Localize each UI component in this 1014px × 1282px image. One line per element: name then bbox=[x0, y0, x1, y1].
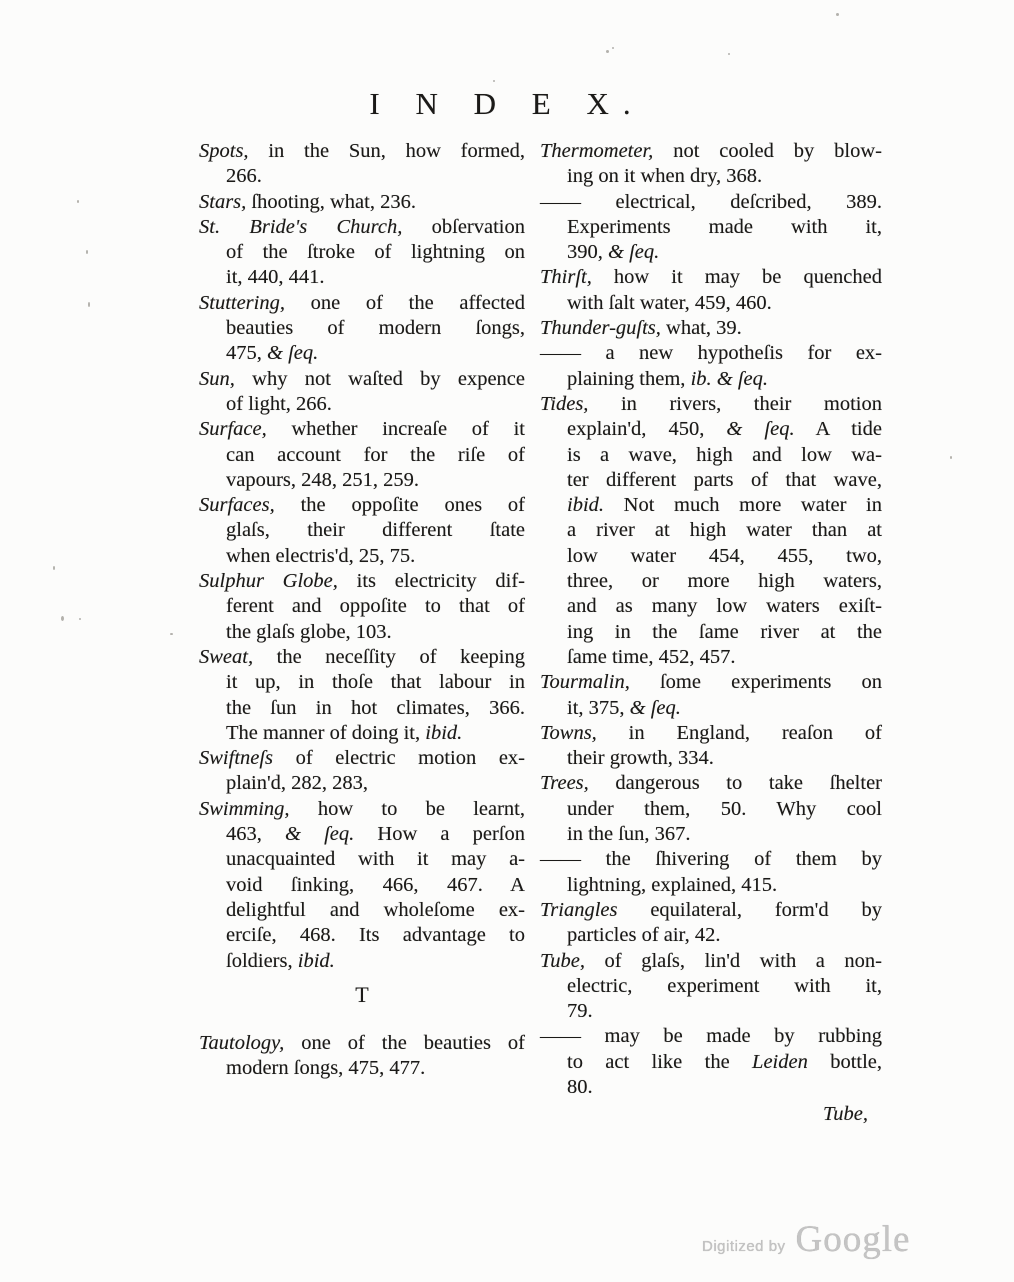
index-entry-line: Thirſt, how it may be quenched bbox=[540, 265, 882, 290]
italic-ref: & ſeq. bbox=[285, 823, 354, 845]
entry-text: ter different parts of that wave, bbox=[567, 469, 882, 491]
index-entry-line: particles of air, 42. bbox=[567, 923, 882, 948]
index-entry-line: the ſun in hot climates, 366. bbox=[226, 696, 525, 721]
index-entry-line: ing on it when dry, 368. bbox=[567, 164, 882, 189]
entry-text: —— the ſhivering of them by bbox=[540, 848, 882, 870]
entry-text: its electricity dif- bbox=[338, 570, 525, 592]
entry-text: low water 454, 455, two, bbox=[567, 545, 882, 567]
entry-text: one of the beauties of bbox=[284, 1032, 525, 1054]
scan-speck bbox=[950, 456, 952, 459]
entry-headword: Tautology, bbox=[199, 1032, 284, 1054]
entry-text: Not much more water in bbox=[604, 494, 882, 516]
entry-text: the glaſs globe, 103. bbox=[226, 621, 392, 643]
entry-text: explain'd, 450, bbox=[567, 418, 726, 440]
index-entry-line: Stuttering, one of the affected bbox=[199, 291, 525, 316]
entry-text: A tide bbox=[795, 418, 882, 440]
index-entry-line: Surfaces, the oppoſite ones of bbox=[199, 493, 525, 518]
index-entry-line: 266. bbox=[226, 164, 525, 189]
entry-headword: Tourmalin, bbox=[540, 671, 630, 693]
index-entry-line: Tautology, one of the beauties of bbox=[199, 1031, 525, 1056]
entry-headword: St. Bride's Church, bbox=[199, 216, 402, 238]
entry-text: ing on it when dry, 368. bbox=[567, 165, 762, 187]
entry-text: when electris'd, 25, 75. bbox=[226, 545, 415, 567]
entry-text: of glaſs, lin'd with a non- bbox=[585, 950, 882, 972]
index-entry-line: ing in the ſame river at the bbox=[567, 620, 882, 645]
page-title: I N D E X. bbox=[0, 86, 1014, 122]
index-entry-line: it, 375, & ſeq. bbox=[567, 696, 882, 721]
entry-text: with ſalt water, 459, 460. bbox=[567, 292, 772, 314]
index-entry-line: ſame time, 452, 457. bbox=[567, 645, 882, 670]
entry-text: 266. bbox=[226, 165, 262, 187]
index-entry-line: Tides, in rivers, their motion bbox=[540, 392, 882, 417]
entry-text: ferent and oppoſite to that of bbox=[226, 595, 525, 617]
entry-text: ſome experiments on bbox=[630, 671, 882, 693]
entry-text: the ſun in hot climates, 366. bbox=[226, 697, 525, 719]
entry-text: it, 440, 441. bbox=[226, 266, 325, 288]
entry-text: 79. bbox=[567, 1000, 593, 1022]
entry-headword: Tides, bbox=[540, 393, 588, 415]
scan-speck bbox=[728, 53, 730, 55]
entry-text: in England, reaſon of bbox=[597, 722, 882, 744]
entry-text: in rivers, their motion bbox=[588, 393, 882, 415]
entry-headword: Swimming, bbox=[199, 798, 290, 820]
index-entry-line: 463, & ſeq. How a perſon bbox=[226, 822, 525, 847]
italic-ref: Tube, bbox=[823, 1103, 868, 1125]
entry-text: —— a new hypotheſis for ex- bbox=[540, 342, 882, 364]
entry-text: Experiments made with it, bbox=[567, 216, 882, 238]
index-entry-line: modern ſongs, 475, 477. bbox=[226, 1056, 525, 1081]
index-entry-line: Triangles equilateral, form'd by bbox=[540, 898, 882, 923]
index-entry-line: Stars, ſhooting, what, 236. bbox=[199, 190, 525, 215]
google-watermark: Digitized by Google bbox=[702, 1218, 910, 1261]
entry-text: erciſe, 468. Its advantage to bbox=[226, 924, 525, 946]
entry-text: of electric motion ex- bbox=[273, 747, 525, 769]
scan-speck bbox=[606, 50, 609, 53]
entry-text: is a wave, high and low wa- bbox=[567, 444, 882, 466]
index-entry-line: with ſalt water, 459, 460. bbox=[567, 291, 882, 316]
index-entry-line: 80. bbox=[567, 1075, 882, 1100]
index-entry-line: Spots, in the Sun, how formed, bbox=[199, 139, 525, 164]
entry-text: under them, 50. Why cool bbox=[567, 798, 882, 820]
index-entry-line: ferent and oppoſite to that of bbox=[226, 594, 525, 619]
index-entry-line: Tourmalin, ſome experiments on bbox=[540, 670, 882, 695]
index-entry-line: Sweat, the neceſſity of keeping bbox=[199, 645, 525, 670]
italic-ref: ibid. bbox=[567, 494, 604, 516]
index-entry-line: ſoldiers, ibid. bbox=[226, 949, 525, 974]
entry-text: particles of air, 42. bbox=[567, 924, 720, 946]
entry-headword: Surface, bbox=[199, 418, 267, 440]
entry-text: modern ſongs, 475, 477. bbox=[226, 1057, 425, 1079]
scan-speck bbox=[836, 13, 839, 16]
index-entry-line: of light, 266. bbox=[226, 392, 525, 417]
index-entry-line: Experiments made with it, bbox=[567, 215, 882, 240]
entry-text: equilateral, form'd by bbox=[617, 899, 882, 921]
entry-text: why not waſted by expence bbox=[235, 368, 525, 390]
catchword: Tube, bbox=[540, 1102, 882, 1127]
index-entry-line: a river at high water than at bbox=[567, 518, 882, 543]
index-entry-line: ter different parts of that wave, bbox=[567, 468, 882, 493]
scan-speck bbox=[612, 47, 614, 49]
entry-headword: Tube, bbox=[540, 950, 585, 972]
entry-headword: Thermometer, bbox=[540, 140, 653, 162]
scan-speck bbox=[493, 80, 495, 82]
index-entry-line: —— a new hypotheſis for ex- bbox=[540, 341, 882, 366]
index-entry-line: Swiftneſs of electric motion ex- bbox=[199, 746, 525, 771]
index-entry-line: 79. bbox=[567, 999, 882, 1024]
index-entry-line: when electris'd, 25, 75. bbox=[226, 544, 525, 569]
entry-text: unacquainted with it may a- bbox=[226, 848, 525, 870]
index-entry-line: ibid. Not much more water in bbox=[567, 493, 882, 518]
index-entry-line: Tube, of glaſs, lin'd with a non- bbox=[540, 949, 882, 974]
index-column-left: Spots, in the Sun, how formed,266.Stars,… bbox=[199, 139, 525, 1082]
entry-text: How a perſon bbox=[354, 823, 525, 845]
entry-text: of light, 266. bbox=[226, 393, 332, 415]
index-entry-line: —— the ſhivering of them by bbox=[540, 847, 882, 872]
index-entry-line: Thunder-guſts, what, 39. bbox=[540, 316, 882, 341]
entry-headword: Towns, bbox=[540, 722, 597, 744]
entry-text: it, 375, bbox=[567, 697, 630, 719]
entry-text: it up, in thoſe that labour in bbox=[226, 671, 525, 693]
entry-text: beauties of modern ſongs, bbox=[226, 317, 525, 339]
entry-text: ing in the ſame river at the bbox=[567, 621, 882, 643]
index-entry-line: erciſe, 468. Its advantage to bbox=[226, 923, 525, 948]
index-entry-line: —— may be made by rubbing bbox=[540, 1024, 882, 1049]
index-entry-line: plaining them, ib. & ſeq. bbox=[567, 367, 882, 392]
entry-text: 463, bbox=[226, 823, 285, 845]
index-entry-line: delightful and wholeſome ex- bbox=[226, 898, 525, 923]
entry-headword: Swiftneſs bbox=[199, 747, 273, 769]
index-entry-line: explain'd, 450, & ſeq. A tide bbox=[567, 417, 882, 442]
entry-text: a river at high water than at bbox=[567, 519, 882, 541]
italic-ref: & ſeq. bbox=[267, 342, 318, 364]
index-entry-line: the glaſs globe, 103. bbox=[226, 620, 525, 645]
index-entry-line: —— electrical, deſcribed, 389. bbox=[540, 190, 882, 215]
scan-speck bbox=[86, 250, 88, 254]
entry-headword: Sun, bbox=[199, 368, 235, 390]
index-entry-line: The manner of doing it, ibid. bbox=[226, 721, 525, 746]
digitized-by-text: Digitized by bbox=[702, 1238, 786, 1255]
entry-text: ſhooting, what, 236. bbox=[246, 191, 416, 213]
scan-speck bbox=[170, 633, 173, 635]
entry-text: 80. bbox=[567, 1076, 593, 1098]
italic-ref: Leiden bbox=[752, 1051, 808, 1073]
entry-text: how it may be quenched bbox=[592, 266, 882, 288]
index-entry-line: beauties of modern ſongs, bbox=[226, 316, 525, 341]
entry-headword: Sulphur Globe, bbox=[199, 570, 338, 592]
entry-text: plaining them, bbox=[567, 368, 691, 390]
index-entry-line: unacquainted with it may a- bbox=[226, 847, 525, 872]
google-logo: Google bbox=[796, 1218, 911, 1261]
index-entry-line: low water 454, 455, two, bbox=[567, 544, 882, 569]
entry-text: to act like the bbox=[567, 1051, 752, 1073]
italic-ref: ib. & ſeq. bbox=[691, 368, 768, 390]
entry-headword: Stuttering, bbox=[199, 292, 285, 314]
index-column-right: Thermometer, not cooled by blow-ing on i… bbox=[540, 139, 882, 1128]
index-entry-line: their growth, 334. bbox=[567, 746, 882, 771]
entry-text: can account for the riſe of bbox=[226, 444, 525, 466]
entry-text: in the ſun, 367. bbox=[567, 823, 691, 845]
index-entry-line: glaſs, their different ſtate bbox=[226, 518, 525, 543]
index-entry-line: Swimming, how to be learnt, bbox=[199, 797, 525, 822]
index-entry-line: electric, experiment with it, bbox=[567, 974, 882, 999]
index-entry-line: Towns, in England, reaſon of bbox=[540, 721, 882, 746]
scan-speck bbox=[53, 566, 55, 570]
entry-text: not cooled by blow- bbox=[653, 140, 882, 162]
book-page: I N D E X. Spots, in the Sun, how formed… bbox=[0, 0, 1014, 1282]
index-entry-line: and as many low waters exiſt- bbox=[567, 594, 882, 619]
entry-text: plain'd, 282, 283, bbox=[226, 772, 368, 794]
index-entry-line: vapours, 248, 251, 259. bbox=[226, 468, 525, 493]
italic-ref: & ſeq. bbox=[630, 697, 681, 719]
entry-text: one of the affected bbox=[285, 292, 525, 314]
index-entry-line: St. Bride's Church, obſervation bbox=[199, 215, 525, 240]
index-entry-line: lightning, explained, 415. bbox=[567, 873, 882, 898]
index-entry-line: it up, in thoſe that labour in bbox=[226, 670, 525, 695]
italic-ref: & ſeq. bbox=[608, 241, 659, 263]
entry-text: delightful and wholeſome ex- bbox=[226, 899, 525, 921]
index-entry-line: three, or more high waters, bbox=[567, 569, 882, 594]
index-entry-line: Thermometer, not cooled by blow- bbox=[540, 139, 882, 164]
index-entry-line: Sun, why not waſted by expence bbox=[199, 367, 525, 392]
index-entry-line: to act like the Leiden bottle, bbox=[567, 1050, 882, 1075]
entry-headword: Sweat, bbox=[199, 646, 253, 668]
entry-headword: Surfaces, bbox=[199, 494, 275, 516]
entry-headword: Thunder-guſts, bbox=[540, 317, 661, 339]
entry-text: what, 39. bbox=[661, 317, 742, 339]
index-entry-line: it, 440, 441. bbox=[226, 265, 525, 290]
entry-text: obſervation bbox=[402, 216, 525, 238]
entry-text: void ſinking, 466, 467. A bbox=[226, 874, 525, 896]
entry-text: in the Sun, how formed, bbox=[249, 140, 525, 162]
scan-speck bbox=[88, 302, 90, 307]
entry-text: —— electrical, deſcribed, 389. bbox=[540, 191, 882, 213]
entry-text: —— may be made by rubbing bbox=[540, 1025, 882, 1047]
index-entry-line: Trees, dangerous to take ſhelter bbox=[540, 771, 882, 796]
index-entry-line: 475, & ſeq. bbox=[226, 341, 525, 366]
index-entry-line: of the ſtroke of lightning on bbox=[226, 240, 525, 265]
entry-text: the oppoſite ones of bbox=[275, 494, 525, 516]
index-entry-line: Sulphur Globe, its electricity dif- bbox=[199, 569, 525, 594]
entry-text: vapours, 248, 251, 259. bbox=[226, 469, 419, 491]
entry-headword: Thirſt, bbox=[540, 266, 592, 288]
entry-text: 390, bbox=[567, 241, 608, 263]
entry-text: bottle, bbox=[808, 1051, 882, 1073]
scan-speck bbox=[77, 200, 79, 203]
italic-ref: ibid. bbox=[425, 722, 462, 744]
entry-headword: Stars, bbox=[199, 191, 246, 213]
entry-text: dangerous to take ſhelter bbox=[589, 772, 882, 794]
scan-speck bbox=[79, 618, 81, 620]
index-entry-line: in the ſun, 367. bbox=[567, 822, 882, 847]
italic-ref: ibid. bbox=[298, 950, 335, 972]
entry-headword: Spots, bbox=[199, 140, 249, 162]
scan-speck bbox=[61, 616, 64, 621]
entry-text: The manner of doing it, bbox=[226, 722, 425, 744]
entry-text: whether increaſe of it bbox=[267, 418, 525, 440]
entry-text: their growth, 334. bbox=[567, 747, 714, 769]
entry-text: ſoldiers, bbox=[226, 950, 298, 972]
entry-text: electric, experiment with it, bbox=[567, 975, 882, 997]
index-entry-line: under them, 50. Why cool bbox=[567, 797, 882, 822]
index-entry-line: is a wave, high and low wa- bbox=[567, 443, 882, 468]
index-entry-line: Surface, whether increaſe of it bbox=[199, 417, 525, 442]
entry-text: 475, bbox=[226, 342, 267, 364]
index-entry-line: void ſinking, 466, 467. A bbox=[226, 873, 525, 898]
entry-text: of the ſtroke of lightning on bbox=[226, 241, 525, 263]
entry-text: ſame time, 452, 457. bbox=[567, 646, 736, 668]
entry-headword: Trees, bbox=[540, 772, 589, 794]
entry-text: how to be learnt, bbox=[290, 798, 525, 820]
entry-text: and as many low waters exiſt- bbox=[567, 595, 882, 617]
section-heading: T bbox=[199, 982, 525, 1007]
entry-text: lightning, explained, 415. bbox=[567, 874, 777, 896]
index-entry-line: can account for the riſe of bbox=[226, 443, 525, 468]
index-entry-line: plain'd, 282, 283, bbox=[226, 771, 525, 796]
entry-text: three, or more high waters, bbox=[567, 570, 882, 592]
entry-text: glaſs, their different ſtate bbox=[226, 519, 525, 541]
entry-text: the neceſſity of keeping bbox=[253, 646, 525, 668]
entry-headword: Triangles bbox=[540, 899, 617, 921]
italic-ref: & ſeq. bbox=[726, 418, 794, 440]
index-entry-line: 390, & ſeq. bbox=[567, 240, 882, 265]
